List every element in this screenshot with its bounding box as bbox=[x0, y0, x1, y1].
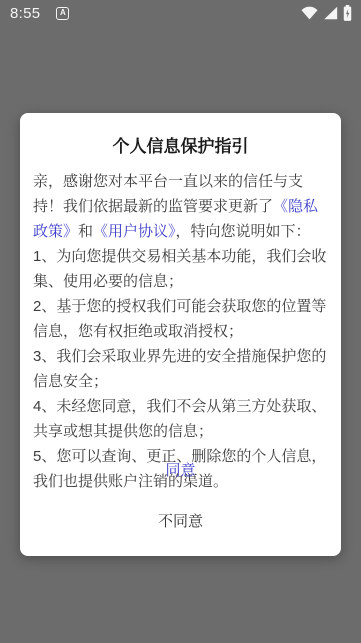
dialog-body: 亲，感谢您对本平台一直以来的信任与支持！我们依据最新的监管要求更新了《隐私政策》… bbox=[33, 169, 331, 494]
cellular-signal-icon bbox=[323, 6, 338, 20]
user-agreement-link[interactable]: 《用户协议》 bbox=[93, 223, 176, 240]
privacy-dialog: 个人信息保护指引 亲，感谢您对本平台一直以来的信任与支持！我们依据最新的监管要求… bbox=[20, 113, 341, 556]
dimmed-screen-backdrop: 8:55 A 个人 bbox=[0, 0, 361, 643]
status-bar: 8:55 A bbox=[0, 0, 361, 26]
battery-charging-icon bbox=[343, 5, 352, 21]
body-intro-tail: ，特向您说明如下： bbox=[176, 223, 311, 240]
body-item-1: 1、为向您提供交易相关基本功能，我们会收集、使用必要的信息； bbox=[33, 244, 331, 294]
body-item-2: 2、基于您的授权我们可能会获取您的位置等信息，您有权拒绝或取消授权； bbox=[33, 294, 331, 344]
status-time: 8:55 bbox=[10, 5, 40, 22]
body-item-4: 4、未经您同意，我们不会从第三方处获取、共享或想其提供您的信息； bbox=[33, 394, 331, 444]
disagree-button[interactable]: 不同意 bbox=[20, 510, 341, 531]
status-icons bbox=[301, 5, 352, 21]
agree-button[interactable]: 同意 bbox=[20, 459, 341, 480]
body-intro-text: 亲，感谢您对本平台一直以来的信任与支持！我们依据最新的监管要求更新了 bbox=[33, 173, 303, 215]
body-item-3: 3、我们会采取业界先进的安全措施保护您的信息安全； bbox=[33, 344, 331, 394]
wifi-icon bbox=[301, 6, 318, 20]
dialog-title: 个人信息保护指引 bbox=[20, 132, 341, 157]
notification-app-icon-glyph: A bbox=[60, 9, 66, 17]
body-conjunction: 和 bbox=[78, 223, 93, 240]
notification-app-icon: A bbox=[56, 7, 69, 20]
